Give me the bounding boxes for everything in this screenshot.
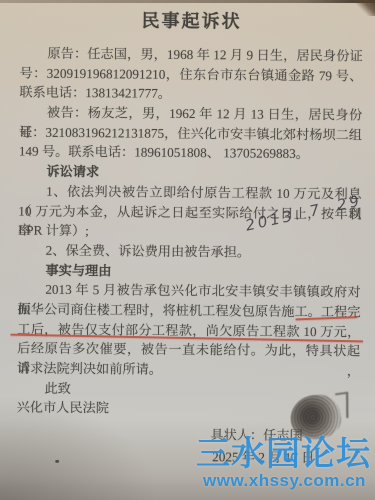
document-title: 民事起诉状 xyxy=(20,8,363,35)
paper-speck xyxy=(55,460,59,463)
photographed-complaint-page: 民事起诉状 原告：任志国，男，1968 年 12 月 9 日生，居民身份证号：3… xyxy=(0,0,375,500)
watermark-site-url: www.xhssy.com.cn xyxy=(203,472,366,490)
document-lines: 原告：任志国，男，1968 年 12 月 9 日生，居民身份证号：3209191… xyxy=(17,44,363,421)
document-line: 2、保全费、诉讼费用由被告承担。 xyxy=(18,240,361,263)
watermark-site-name: 三水园论坛 xyxy=(196,436,371,472)
document-line: 1、依法判决被告立即给付原告工程款 10 万元及利息（以 xyxy=(18,181,361,204)
document-line: 被告：杨友芝，男，1962 年 12 月 13 日生，居民身份证 xyxy=(19,103,362,126)
document-line: 诉讼请求 xyxy=(19,162,362,185)
document-line: 原告：任志国，男，1968 年 12 月 9 日生，居民身份证 xyxy=(20,44,363,67)
document-body: 民事起诉状 原告：任志国，男，1968 年 12 月 9 日生，居民身份证号：3… xyxy=(0,0,375,500)
